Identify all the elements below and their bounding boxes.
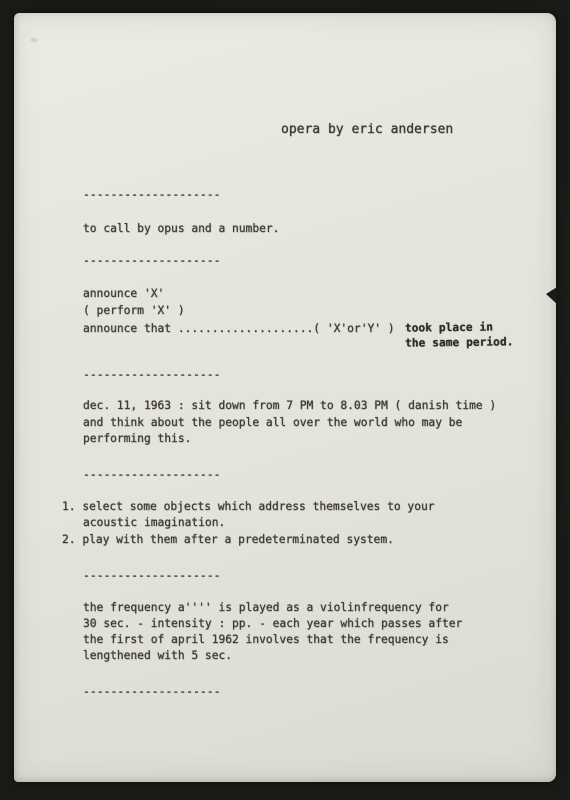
divider-6: -------------------- [83, 683, 220, 700]
paper-sheet: opera by eric andersen -----------------… [14, 13, 556, 782]
date-note-line-1: dec. 11, 1963 : sit down from 7 PM to 8.… [83, 397, 496, 414]
divider-2: -------------------- [83, 252, 220, 269]
date-note-line-3: performing this. [83, 430, 191, 447]
smudge-mark [29, 37, 39, 43]
announce-line-1: announce 'X' [83, 285, 164, 302]
divider-5: -------------------- [83, 567, 220, 584]
announce-line-3: announce that ....................( 'X'o… [83, 320, 395, 337]
scan-background: opera by eric andersen -----------------… [0, 0, 570, 800]
frequency-note-line-3: the first of april 1962 involves that th… [83, 631, 449, 648]
intro-line: to call by opus and a number. [83, 220, 279, 237]
instruction-item-1-line-2: acoustic imagination. [83, 514, 225, 531]
edge-tear-mark [546, 287, 557, 304]
instruction-item-2: 2. play with them after a predeterminate… [62, 531, 394, 548]
divider-3: -------------------- [83, 366, 220, 383]
announce-aside-line-1: took place in [405, 319, 514, 335]
announce-aside: took place in the same period. [405, 319, 514, 350]
announce-aside-line-2: the same period. [405, 334, 514, 350]
date-note-line-2: and think about the people all over the … [83, 414, 462, 431]
document-title: opera by eric andersen [281, 121, 453, 139]
frequency-note-line-1: the frequency a'''' is played as a violi… [83, 599, 449, 616]
frequency-note-line-4: lengthened with 5 sec. [83, 647, 232, 664]
announce-line-2: ( perform 'X' ) [83, 302, 185, 319]
divider-4: -------------------- [83, 466, 220, 483]
instruction-item-1-line-1: 1. select some objects which address the… [62, 498, 435, 515]
divider-1: -------------------- [83, 186, 220, 203]
frequency-note-line-2: 30 sec. - intensity : pp. - each year wh… [83, 615, 462, 632]
